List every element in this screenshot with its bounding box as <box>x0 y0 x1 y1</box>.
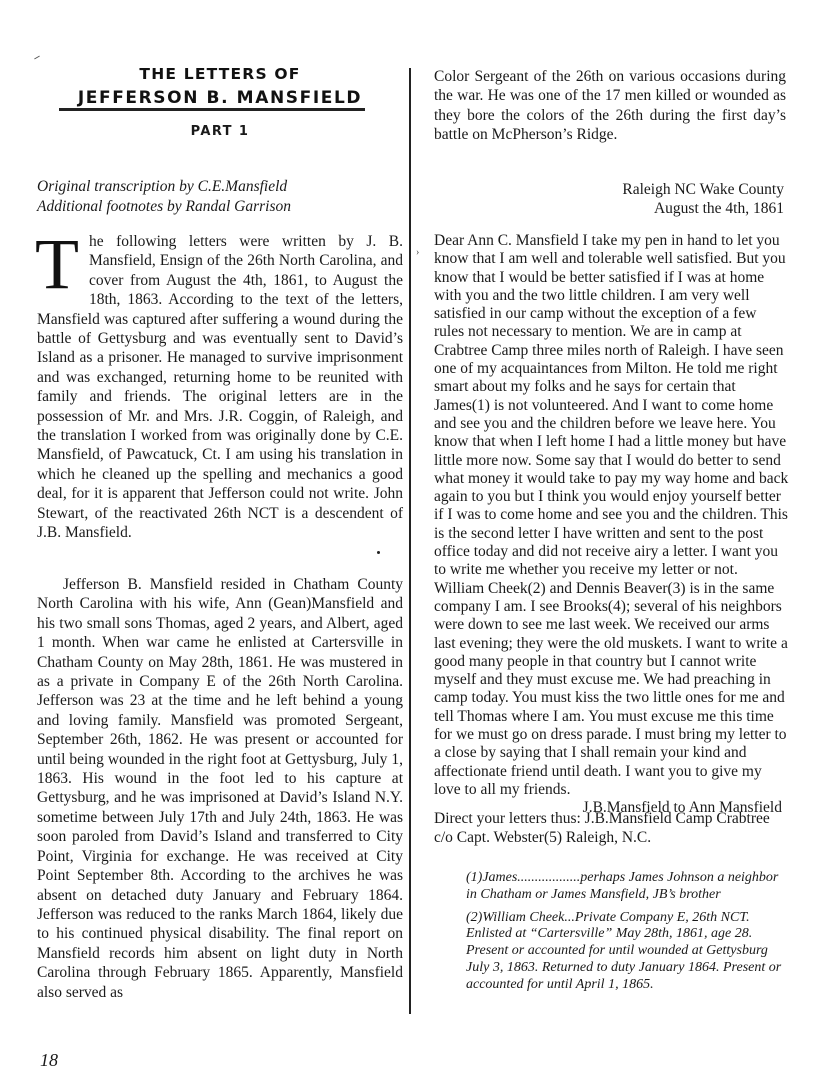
letter-direction: Direct your letters thus: J.B.Mansfield … <box>434 809 790 848</box>
biography-paragraph: Jefferson B. Mansfield resided in Chatha… <box>37 575 403 1002</box>
part-label: PART 1 <box>37 124 403 139</box>
intro-text: he following letters were written by J. … <box>37 233 403 541</box>
letter-body: Dear Ann C. Mansfield I take my pen in h… <box>434 232 790 818</box>
title-underline <box>59 108 365 111</box>
document-page: THE LETTERS OF JEFFERSON B. MANSFIELD PA… <box>0 0 840 1084</box>
letter-place: Raleigh NC Wake County <box>434 180 784 199</box>
scan-mark <box>377 551 380 554</box>
title-line-2: JEFFERSON B. MANSFIELD <box>37 88 403 108</box>
column-divider <box>409 68 411 1014</box>
footnotes: (1)James..................perhaps James … <box>466 870 786 1000</box>
drop-cap: T <box>35 238 79 294</box>
title-line-1: THE LETTERS OF <box>37 65 403 83</box>
letter-date: August the 4th, 1861 <box>434 199 784 218</box>
page-number: 18 <box>40 1050 58 1071</box>
scan-mark <box>34 56 40 60</box>
intro-paragraph: The following letters were written by J.… <box>37 232 403 543</box>
letter-text: Dear Ann C. Mansfield I take my pen in h… <box>434 232 788 798</box>
biography-continuation: Color Sergeant of the 26th on various oc… <box>434 67 786 145</box>
footnote-2: (2)William Cheek...Private Company E, 26… <box>466 910 786 994</box>
footnote-1: (1)James..................perhaps James … <box>466 870 786 904</box>
credit-footnotes: Additional footnotes by Randal Garrison <box>37 197 291 217</box>
letter-dateline: Raleigh NC Wake County August the 4th, 1… <box>434 180 784 219</box>
credits: Original transcription by C.E.Mansfield … <box>37 177 291 217</box>
scan-mark: › <box>416 247 419 258</box>
credit-transcription: Original transcription by C.E.Mansfield <box>37 177 291 197</box>
